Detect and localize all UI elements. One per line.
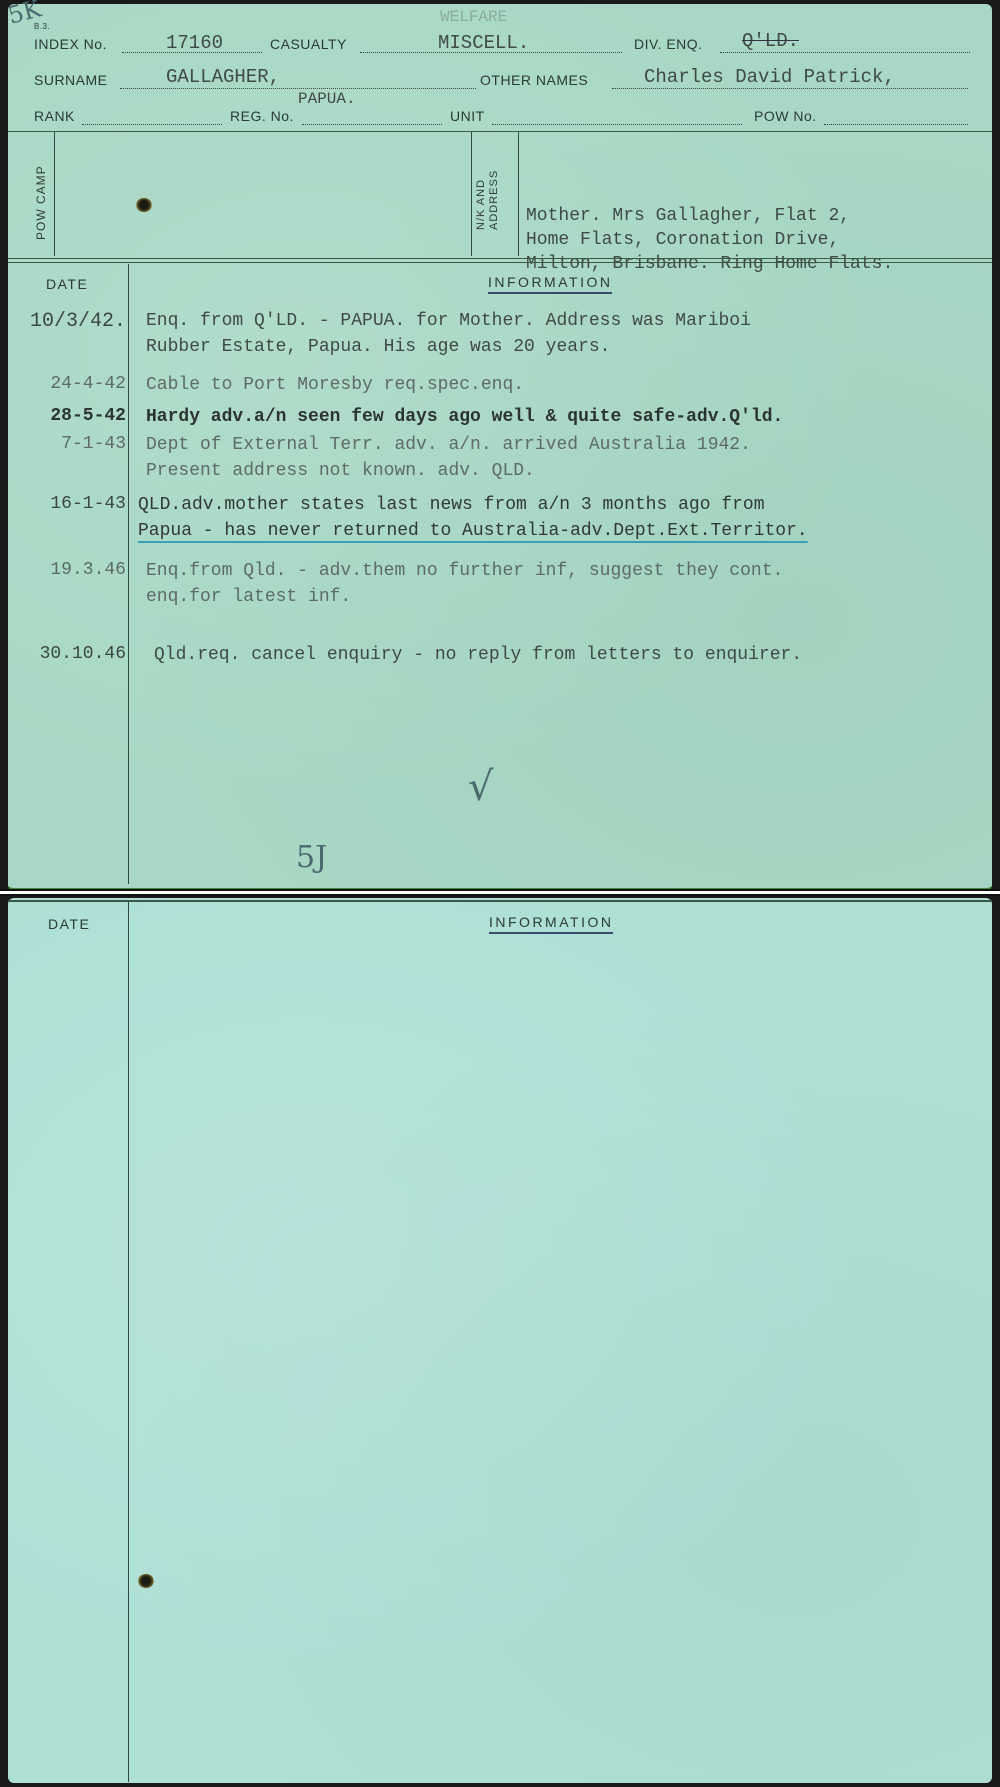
index-card-front: 5K B.3. WELFARE INDEX No. 17160 CASUALTY… — [8, 4, 992, 891]
entry-text: QLD.adv.mother states last news from a/n… — [138, 492, 808, 544]
nk-label: N/K AND ADDRESS — [475, 170, 501, 230]
index-value: 17160 — [166, 32, 223, 54]
pow-camp-divider — [54, 132, 55, 256]
entry-line: Rubber Estate, Papua. His age was 20 yea… — [146, 334, 751, 360]
punch-hole — [138, 1574, 154, 1588]
entry-text: Qld.req. cancel enquiry - no reply from … — [154, 642, 802, 668]
casualty-value: MISCELL. — [438, 32, 529, 54]
entry-date: 7-1-43 — [8, 434, 126, 454]
entry-text: Enq.from Qld. - adv.them no further inf,… — [146, 558, 783, 610]
info-header: INFORMATION — [489, 914, 613, 934]
date-column-divider — [128, 264, 129, 884]
entry-line: Present address not known. adv. QLD. — [146, 458, 751, 484]
rank-label: RANK — [34, 108, 75, 124]
entry-text: Cable to Port Moresby req.spec.enq. — [146, 372, 524, 398]
other-names-label: OTHER NAMES — [480, 72, 588, 88]
surname-dots — [120, 88, 476, 89]
nk-address-line: Milton, Brisbane. Ring Home Flats. — [526, 252, 893, 276]
card-separator — [0, 889, 1000, 896]
pencil-check-mark: √ — [468, 764, 494, 810]
top-rule — [8, 900, 992, 902]
underlined-text: Papua - has never returned to Australia-… — [138, 521, 808, 541]
date-header: DATE — [48, 916, 90, 932]
entry-line: Enq. from Q'LD. - PAPUA. for Mother. Add… — [146, 308, 751, 334]
reg-no-dots — [302, 124, 442, 125]
section-divider-top — [8, 131, 992, 132]
punch-hole — [136, 198, 152, 212]
section-divider-double-1 — [8, 258, 992, 259]
casualty-label: CASUALTY — [270, 36, 347, 52]
entry-line: Dept of External Terr. adv. a/n. arrived… — [146, 432, 751, 458]
surname-value: GALLAGHER, — [166, 66, 280, 88]
pow-camp-label: POW CAMP — [34, 165, 48, 240]
entry-date: 30.10.46 — [8, 644, 126, 664]
faint-stamp: WELFARE — [440, 8, 507, 26]
surname-extra: PAPUA. — [298, 90, 356, 108]
entry-line: enq.for latest inf. — [146, 584, 783, 610]
entry-text: Dept of External Terr. adv. a/n. arrived… — [146, 432, 751, 484]
info-header: INFORMATION — [488, 274, 612, 294]
other-names-dots — [612, 88, 968, 89]
reg-no-label: REG. No. — [230, 108, 294, 124]
div-enq-dots — [720, 52, 970, 53]
nk-address: Mother. Mrs Gallagher, Flat 2, Home Flat… — [526, 204, 893, 276]
nk-label-line1: N/K AND — [475, 179, 487, 230]
unit-label: UNIT — [450, 108, 485, 124]
form-code: B.3. — [34, 22, 50, 31]
entry-line: Enq.from Qld. - adv.them no further inf,… — [146, 558, 783, 584]
date-header: DATE — [46, 276, 88, 292]
surname-label: SURNAME — [34, 72, 108, 88]
pow-no-label: POW No. — [754, 108, 817, 124]
entry-line: QLD.adv.mother states last news from a/n… — [138, 492, 808, 518]
date-column-divider — [128, 902, 129, 1782]
index-label: INDEX No. — [34, 36, 107, 52]
entry-date: 28-5-42 — [8, 406, 126, 426]
entry-date: 16-1-43 — [8, 494, 126, 514]
entry-date: 24-4-42 — [8, 374, 126, 394]
unit-dots — [492, 124, 742, 125]
entry-line: Qld.req. cancel enquiry - no reply from … — [154, 642, 802, 668]
pencil-mark: 5J — [296, 840, 327, 875]
nk-address-line: Home Flats, Coronation Drive, — [526, 228, 893, 252]
entry-line: Hardy adv.a/n seen few days ago well & q… — [146, 404, 783, 430]
entry-line-underlined: Papua - has never returned to Australia-… — [138, 518, 808, 544]
nk-divider-right — [518, 132, 519, 256]
entry-text: Enq. from Q'LD. - PAPUA. for Mother. Add… — [146, 308, 751, 360]
div-enq-value: Q'LD. — [742, 30, 799, 52]
div-enq-label: DIV. ENQ. — [634, 36, 703, 52]
nk-divider-left — [471, 132, 472, 256]
section-divider-double-2 — [8, 262, 992, 263]
index-card-back: DATE INFORMATION — [8, 898, 992, 1783]
entry-text: Hardy adv.a/n seen few days ago well & q… — [146, 404, 783, 430]
other-names-value: Charles David Patrick, — [644, 66, 895, 88]
nk-label-line2: ADDRESS — [488, 170, 500, 230]
nk-address-line: Mother. Mrs Gallagher, Flat 2, — [526, 204, 893, 228]
rank-dots — [82, 124, 222, 125]
entry-date: 10/3/42. — [8, 310, 126, 333]
pow-no-dots — [824, 124, 968, 125]
entry-line: Cable to Port Moresby req.spec.enq. — [146, 372, 524, 398]
entry-date: 19.3.46 — [8, 560, 126, 580]
